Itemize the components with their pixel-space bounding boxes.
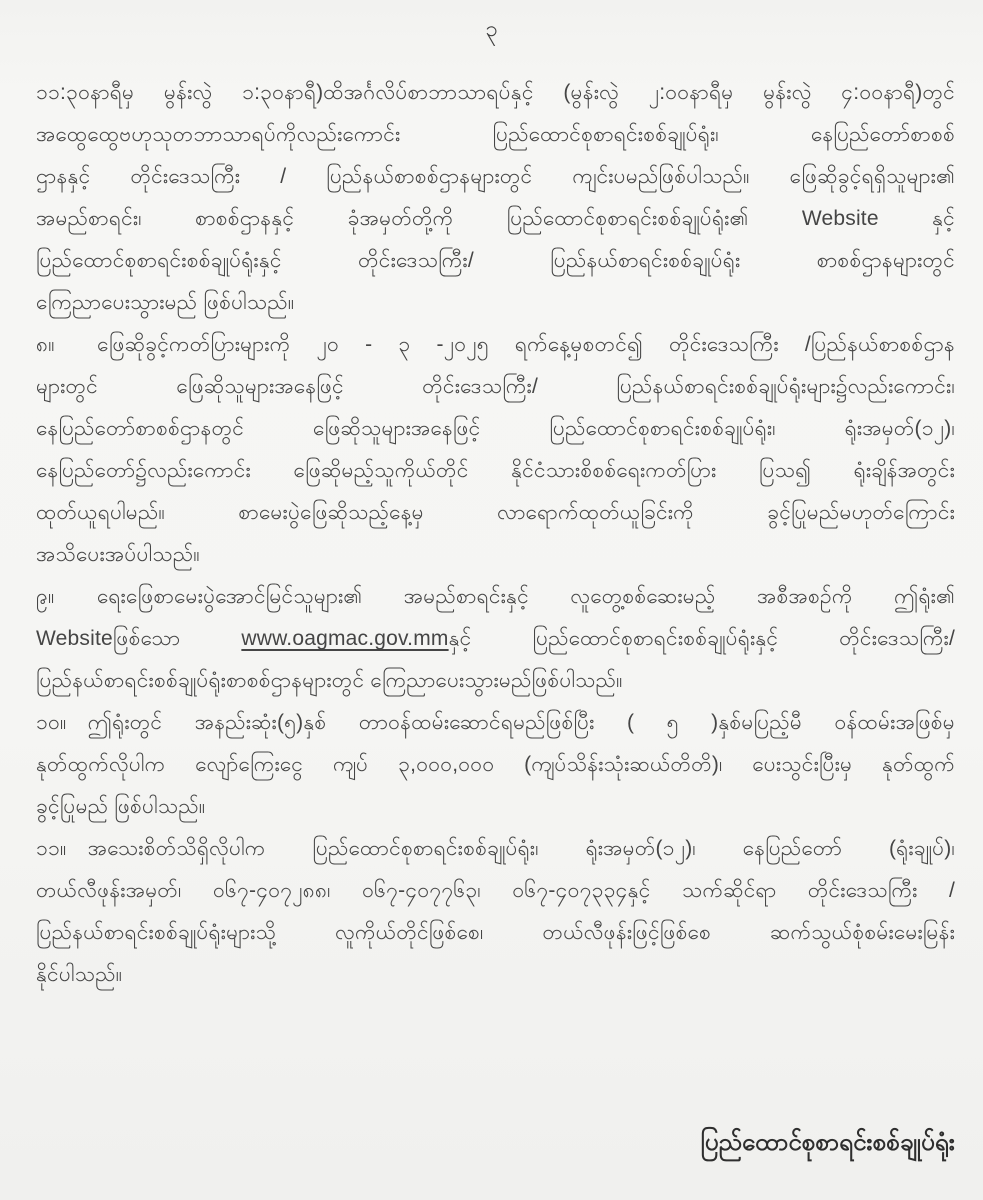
text-line: များတွင် ဖြေဆိုသူများအနေဖြင့် တိုင်းဒေသက…	[36, 366, 955, 408]
text-line: ဌာနနှင့် တိုင်းဒေသကြီး / ပြည်နယ်စာစစ်ဌာန…	[36, 156, 955, 198]
text-line: ကြေညာပေးသွားမည် ဖြစ်ပါသည်။	[36, 282, 955, 324]
paragraph-9-line: ၉။ ရေးဖြေစာမေးပွဲအောင်မြင်သူများ၏ အမည်စာ…	[36, 576, 955, 618]
text-line: ပြည်နယ်စာရင်းစစ်ချုပ်ရုံးများသို့ လူကိုယ…	[36, 912, 955, 954]
text-line: အသိပေးအပ်ပါသည်။	[36, 534, 955, 576]
website-link: www.oagmac.gov.mm	[241, 627, 448, 650]
text-line: အမည်စာရင်း၊ စာစစ်ဌာနနှင့် ခုံအမှတ်တို့ကိ…	[36, 198, 955, 240]
text-line: နုတ်ထွက်လိုပါက လျော်ကြေးငွေ ကျပ် ၃,၀၀၀,၀…	[36, 744, 955, 786]
text-line: ပြည်နယ်စာရင်းစစ်ချုပ်ရုံးစာစစ်ဌာနများတွင…	[36, 660, 955, 702]
paragraph-8-line: ၈။ ဖြေဆိုခွင့်ကတ်ပြားများကို ၂၀ - ၃ -၂၀၂…	[36, 324, 955, 366]
paragraph-10-line: ၁၀။ ဤရုံးတွင် အနည်းဆုံး(၅)နှစ် တာဝန်ထမ်း…	[36, 702, 955, 744]
text-line: ခွင့်ပြုမည် ဖြစ်ပါသည်။	[36, 786, 955, 828]
text-line: တယ်လီဖုန်းအမှတ်၊ ၀၆၇-၄၀၇၂၈၈၊ ၀၆၇-၄၀၇၇၆၃၊…	[36, 870, 955, 912]
website-line-suffix: နှင့် ပြည်ထောင်စုစာရင်းစစ်ချုပ်ရုံးနှင့်…	[449, 627, 955, 650]
website-line: Websiteဖြစ်သော www.oagmac.gov.mmနှင့် ပြ…	[36, 618, 955, 660]
text-line: ထုတ်ယူရပါမည်။ စာမေးပွဲဖြေဆိုသည့်နေ့မှ လာ…	[36, 492, 955, 534]
page-number: ၃	[0, 0, 983, 54]
document-body: ၁၁:၃၀နာရီမှ မွန်းလွဲ ၁:၃၀နာရီ)ထိအင်္ဂလိပ…	[0, 54, 983, 996]
text-line: ၁၁:၃၀နာရီမှ မွန်းလွဲ ၁:၃၀နာရီ)ထိအင်္ဂလိပ…	[36, 72, 955, 114]
paragraph-11-line: ၁၁။ အသေးစိတ်သိရှိလိုပါက ပြည်ထောင်စုစာရင်…	[36, 828, 955, 870]
text-line: အထွေထွေဗဟုသုတဘာသာရပ်ကိုလည်းကောင်း ပြည်ထေ…	[36, 114, 955, 156]
text-line: နိုင်ပါသည်။	[36, 954, 955, 996]
signature-office-name: ပြည်ထောင်စုစာရင်းစစ်ချုပ်ရုံး	[701, 1126, 955, 1162]
website-line-prefix: Websiteဖြစ်သော	[36, 627, 241, 650]
text-line: နေပြည်တော်၌လည်းကောင်း ဖြေဆိုမည့်သူကိုယ်တ…	[36, 450, 955, 492]
scanned-document-page: ၃ ၁၁:၃၀နာရီမှ မွန်းလွဲ ၁:၃၀နာရီ)ထိအင်္ဂလ…	[0, 0, 983, 1200]
text-line: ပြည်ထောင်စုစာရင်းစစ်ချုပ်ရုံးနှင့် တိုင်…	[36, 240, 955, 282]
text-line: နေပြည်တော်စာစစ်ဌာနတွင် ဖြေဆိုသူများအနေဖြ…	[36, 408, 955, 450]
